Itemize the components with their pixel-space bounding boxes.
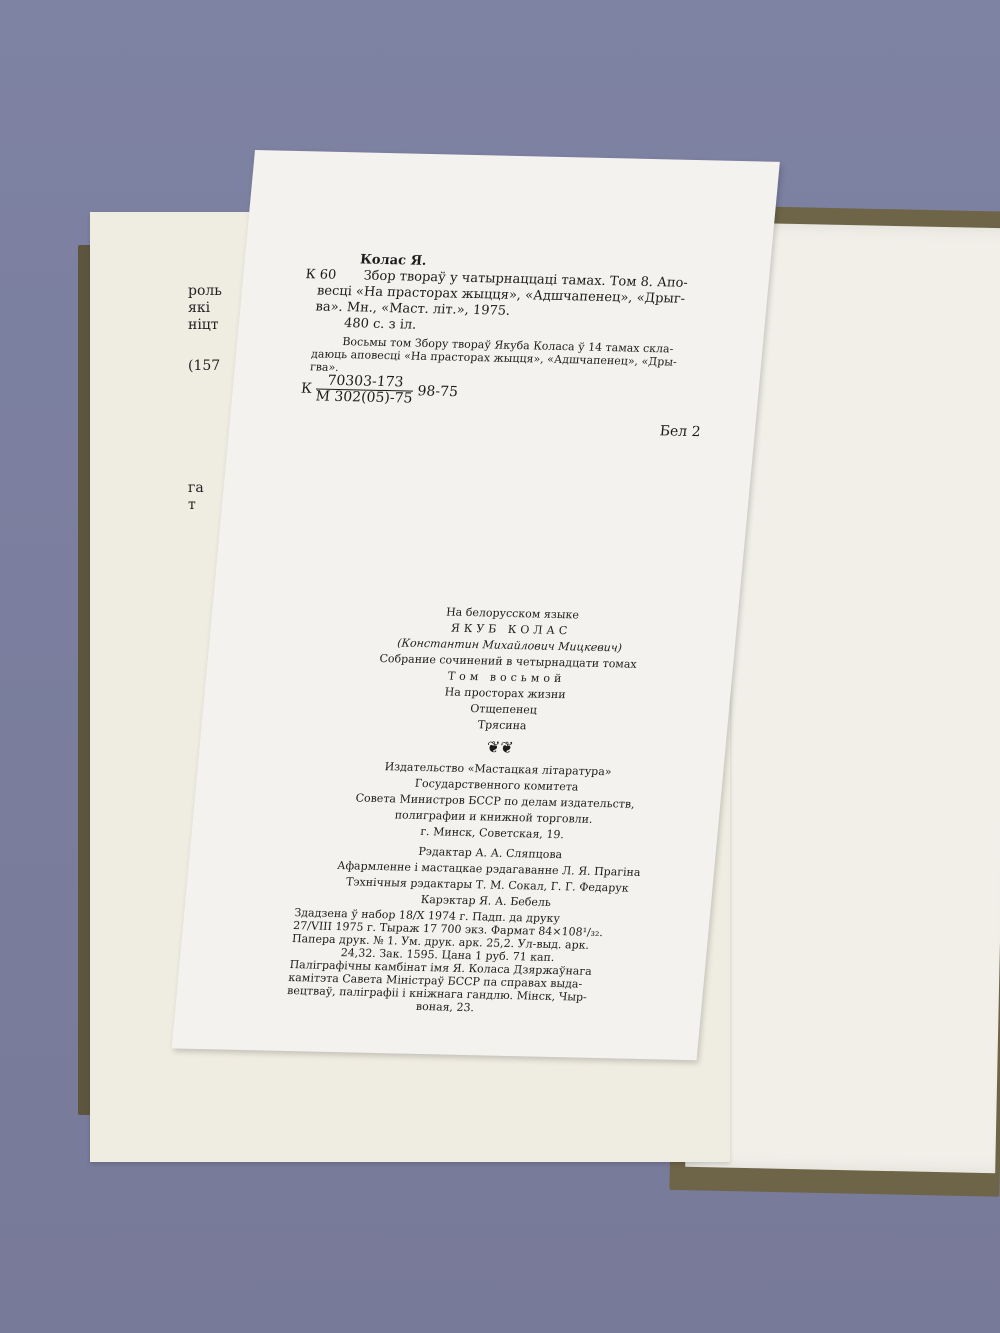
index-letter: К <box>300 381 312 397</box>
author-heading: Колас Я. <box>359 252 427 268</box>
index-suffix: 98-75 <box>417 383 459 400</box>
bbk-code: Бел 2 <box>659 424 701 440</box>
left-page-fragment: ніцт <box>188 317 219 334</box>
print-details: Здадзена ў набор 18/X 1974 г. Падп. да д… <box>285 906 604 1017</box>
imprint-block: На белорусском языке ЯКУБ КОЛАС (Констан… <box>325 602 673 913</box>
left-page-fragment: (157 <box>188 358 220 375</box>
ornament-icon: ❦❦ <box>339 736 660 759</box>
index-denominator: М 302(05)-75 <box>315 389 413 406</box>
left-page-fragment: роль <box>188 283 222 300</box>
class-code: К 60 <box>305 267 337 283</box>
bib-line: 480 с. з іл. <box>343 316 417 333</box>
left-page-fragment: які <box>188 300 210 317</box>
colophon-leaf: Колас Я. К 60 Збор твораў у чатырнаццаці… <box>172 150 780 1060</box>
index-fraction: 70303-173 М 302(05)-75 <box>315 373 415 406</box>
left-page-fragment: т <box>188 497 196 514</box>
index-code: К 70303-173 М 302(05)-75 98-75 <box>300 373 460 408</box>
left-page-fragment: га <box>188 480 204 497</box>
